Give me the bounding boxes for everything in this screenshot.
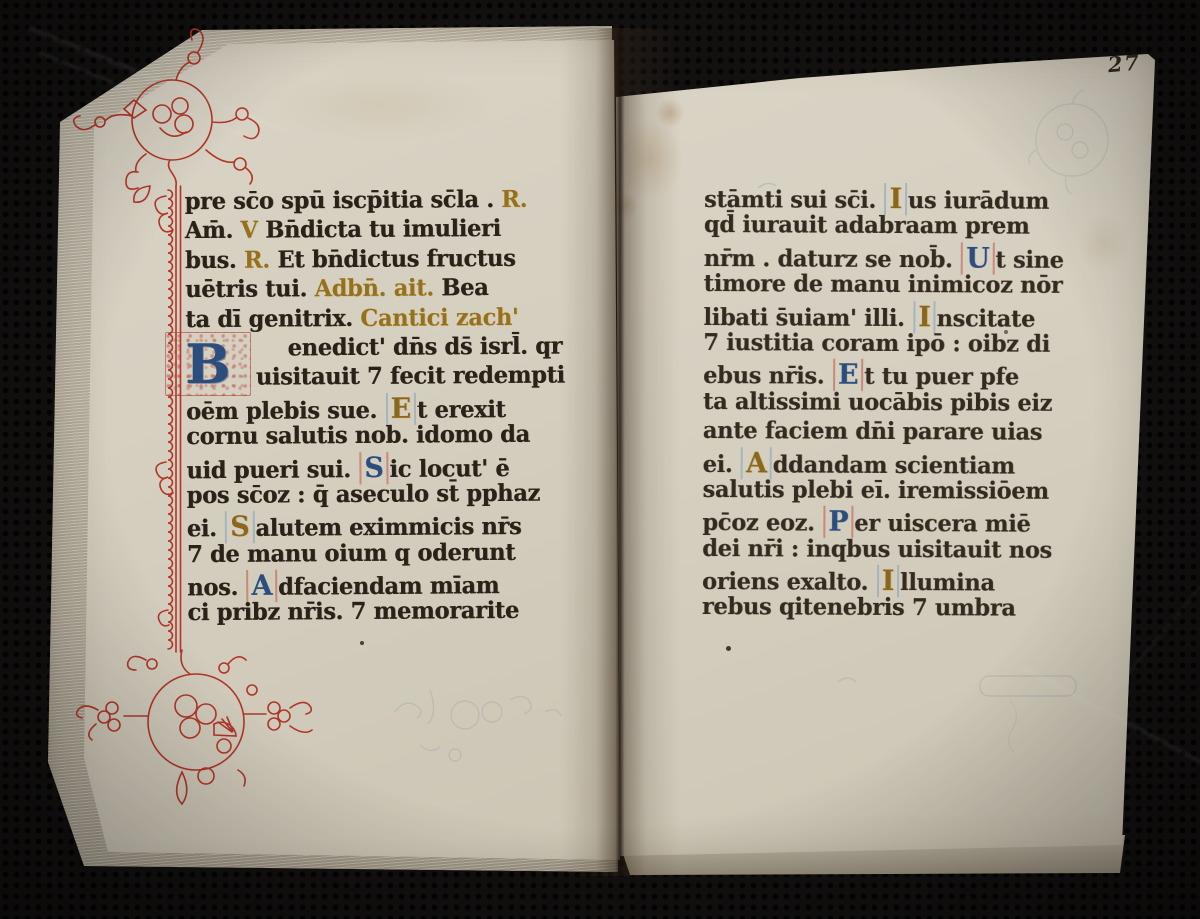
left-page-text-block: pre sc̄o spū iscp̄itia sc̄la . R.Am̄. V … [184,186,579,630]
right-page-line-15: rebus qitenebris 7 umbra [702,593,1082,626]
text-segment: timore de manu inimicoz nōr [704,270,1063,299]
text-segment: t sine [995,246,1063,273]
right-page-line-14: oriens exalto. Illumina [702,564,1082,597]
folio-number: 27 [1107,48,1162,84]
right-page-line-11: salutis plebi eī. iremissiōem [702,476,1082,509]
right-page-text-block: stāmti sui sc̄i. Ius iurādumqd̄ iurauit … [702,182,1084,625]
pen-flourished-initial: I [913,301,936,333]
pen-flourished-initial: U [961,242,994,274]
text-segment: libati s̄uiam' illi. [703,304,912,332]
text-segment: ante faciem dn̄i parare uias [703,417,1042,446]
left-page-line-2: Am̄. V Bn̄dicta tu imulieri [185,215,577,248]
text-segment: ebus nr̄is. [703,363,832,391]
text-segment: uētris tui. [185,276,315,304]
text-segment: oriens exalto. [702,568,876,596]
text-segment: bus. [185,247,244,274]
text-segment: pre sc̄o spū iscp̄itia sc̄la . [184,186,501,215]
text-segment: 7 iustitia coram ipō : oibz di [703,329,1050,358]
text-segment: Bea [441,274,488,301]
left-page-line-9: cornu salutis nob. idomo da [186,421,578,454]
left-page-line-14: nos. Adfaciendam mīam [187,568,579,601]
right-page-line-2: qd̄ iurauit adabraam prem [704,211,1084,244]
text-segment: ic locut' ē [389,455,509,483]
right-page-line-8: ta altissimi uocābis pibis eiz [703,388,1083,421]
pen-flourished-initial: I [884,183,907,215]
right-page-line-9: ante faciem dn̄i parare uias [703,417,1083,450]
text-segment: ei. [187,516,225,543]
text-segment: er uiscera miē [854,510,1030,538]
right-page-line-12: pc̄oz eoz. Per uiscera miē [702,505,1082,538]
pen-flourished-initial: S [359,451,388,483]
text-segment: uisitauit 7 fecit redempti [256,362,565,391]
right-page-line-10: ei. Addandam scientiam [703,447,1083,480]
left-page-line-11: pos sc̄oz : q̄ aseculo st̄ pphaz [187,480,579,513]
left-page-line-8: oēm plebis sue. Et erexit [186,391,578,424]
pen-flourished-initial: P [823,506,853,538]
text-segment: rebus qitenebris 7 umbra [702,593,1016,622]
pen-flourished-initial: S [225,511,254,543]
text-segment: Am̄. [185,217,241,244]
left-page-line-15: ci pribz nr̄is. 7 memorarite [187,597,579,630]
left-page-line-10: uid pueri sui. Sic locut' ē [186,450,578,483]
pen-flourished-initial: I [877,565,900,597]
manuscript-photo: pre sc̄o spū iscp̄itia sc̄la . R.Am̄. V … [0,0,1200,919]
text-segment: enedict' dn̄s ds̄ isrl̄. qr [287,333,562,362]
text-segment: oēm plebis sue. [186,397,385,425]
pen-flourished-initial: E [385,392,416,424]
left-page-line-1: pre sc̄o spū iscp̄itia sc̄la . R. [184,186,576,219]
text-segment: stāmti sui sc̄i. [704,186,884,214]
right-page-line-1: stāmti sui sc̄i. Ius iurādum [704,182,1084,215]
text-segment: t tu puer pfe [864,363,1019,391]
text-segment: V [240,217,265,244]
text-segment: 7 de manu oium q oderunt [187,539,515,568]
text-segment: Adbn̄. ait. [314,275,441,303]
text-segment: R. [244,247,278,274]
text-segment: dei nr̄i : inqbus uisitauit nos [702,535,1052,564]
text-segment: ci pribz nr̄is. 7 memorarite [187,598,519,627]
text-segment: salutis plebi eī. iremissiōem [702,476,1048,505]
text-segment: Bn̄dicta tu imulieri [265,216,501,245]
pen-flourished-initial: E [833,359,863,391]
right-page-line-5: libati s̄uiam' illi. Inscitate [703,300,1083,333]
text-segment: R. [501,186,527,213]
left-page-line-13: 7 de manu oium q oderunt [187,538,579,571]
text-segment: ddandam scientiam [773,451,1015,479]
text-segment: Cantici zach' [360,304,518,332]
right-page-line-13: dei nr̄i : inqbus uisitauit nos [702,535,1082,568]
text-segment: ta dī genitrix. [185,305,360,333]
text-segment: nscitate [936,305,1035,333]
text-segment: qd̄ iurauit adabraam prem [704,211,1030,240]
pen-flourished-initial: A [246,570,277,602]
left-page-line-3: bus. R. Et bn̄dictus fructus [185,244,577,277]
text-segment: pos sc̄oz : q̄ aseculo st̄ pphaz [187,480,540,510]
pen-flourished-initial: A [741,447,772,479]
text-segment: cornu salutis nob. idomo da [186,421,530,450]
right-page-line-4: timore de manu inimicoz nōr [704,270,1084,303]
text-segment: ei. [703,451,740,478]
text-segment: us iurādum [908,187,1049,215]
text-segment: ta altissimi uocābis pibis eiz [703,388,1052,417]
text-segment: pc̄oz eoz. [702,509,822,537]
illuminated-initial-B: B [165,332,251,396]
text-segment: nr̄m . daturz se nob̄. [704,245,960,273]
text-segment: Et bn̄dictus fructus [277,245,515,274]
text-segment: alutem eximmicis nr̄s [255,513,521,542]
right-page-line-6: 7 iustitia coram ipō : oibz di [703,329,1083,362]
left-page-line-4: uētris tui. Adbn̄. ait. Bea [185,274,577,307]
right-page-line-3: nr̄m . daturz se nob̄. Ut sine [704,241,1084,274]
text-segment: t erexit [417,396,506,424]
text-segment: nos. [187,574,245,601]
left-page-line-12: ei. Salutem eximmicis nr̄s [187,509,579,542]
text-segment: llumina [900,569,995,597]
right-page-line-7: ebus nr̄is. Et tu puer pfe [703,358,1083,391]
text-segment: uid pueri sui. [186,456,358,484]
